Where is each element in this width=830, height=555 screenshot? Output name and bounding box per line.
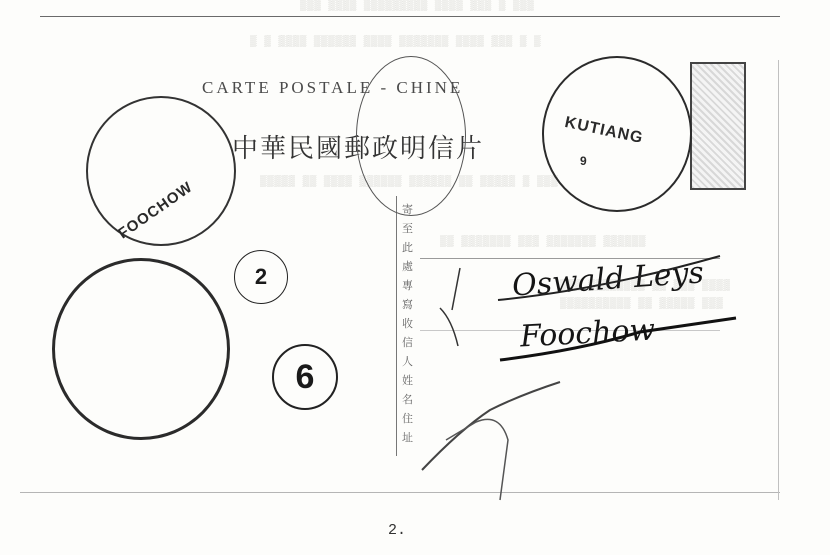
figure-caption: 2. <box>388 522 406 539</box>
scanned-page: ▒▒▒ ▒▒▒▒ ▒▒▒▒▒▒▒▒▒ ▒▒▒▒ ▒▒▒ ▒ ▒▒▒ ▒ ▒ ▒▒… <box>0 0 830 555</box>
handwriting-strokes <box>0 0 830 555</box>
